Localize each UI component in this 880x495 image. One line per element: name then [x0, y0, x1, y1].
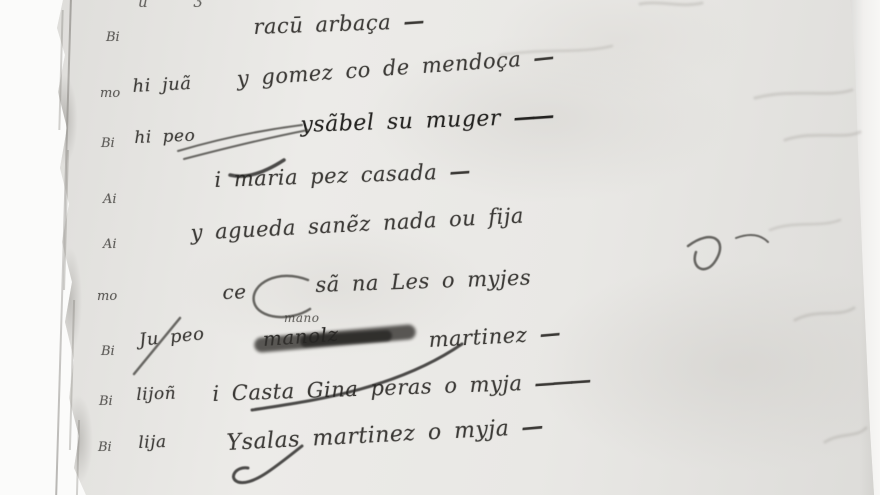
- entry-label: lija: [138, 432, 167, 453]
- margin-mark: Bi: [101, 136, 115, 151]
- margin-mark: Bi: [99, 394, 113, 409]
- entry-dash: ———: [534, 367, 590, 396]
- margin-mark: Bi: [98, 440, 112, 455]
- entry-dash: —: [403, 8, 423, 34]
- top-edge-fragment: u 3: [138, 0, 203, 11]
- margin-mark: Ai: [103, 237, 117, 252]
- entry-dash: —: [538, 320, 558, 346]
- margin-mark: mo: [97, 289, 117, 304]
- entry-text-body: racū arbaça: [253, 10, 392, 39]
- margin-mark: Bi: [106, 30, 120, 45]
- manuscript-scan: u 3 Bi racū arbaça — mo hi juã y gomez c…: [0, 0, 880, 495]
- margin-mark: Bi: [101, 344, 115, 359]
- margin-mark: mo: [100, 86, 120, 101]
- entry-prefix: ce: [222, 279, 247, 304]
- entry-dash: —: [521, 413, 542, 441]
- entry-label: hi peo: [134, 126, 196, 148]
- entry-dash: —: [532, 44, 553, 71]
- entry-dash: ——: [513, 103, 553, 132]
- entry-label: hi juã: [132, 73, 192, 97]
- entry-dash: —: [449, 158, 469, 184]
- entry-label: lijoñ: [136, 384, 177, 405]
- margin-mark: Ai: [103, 192, 117, 207]
